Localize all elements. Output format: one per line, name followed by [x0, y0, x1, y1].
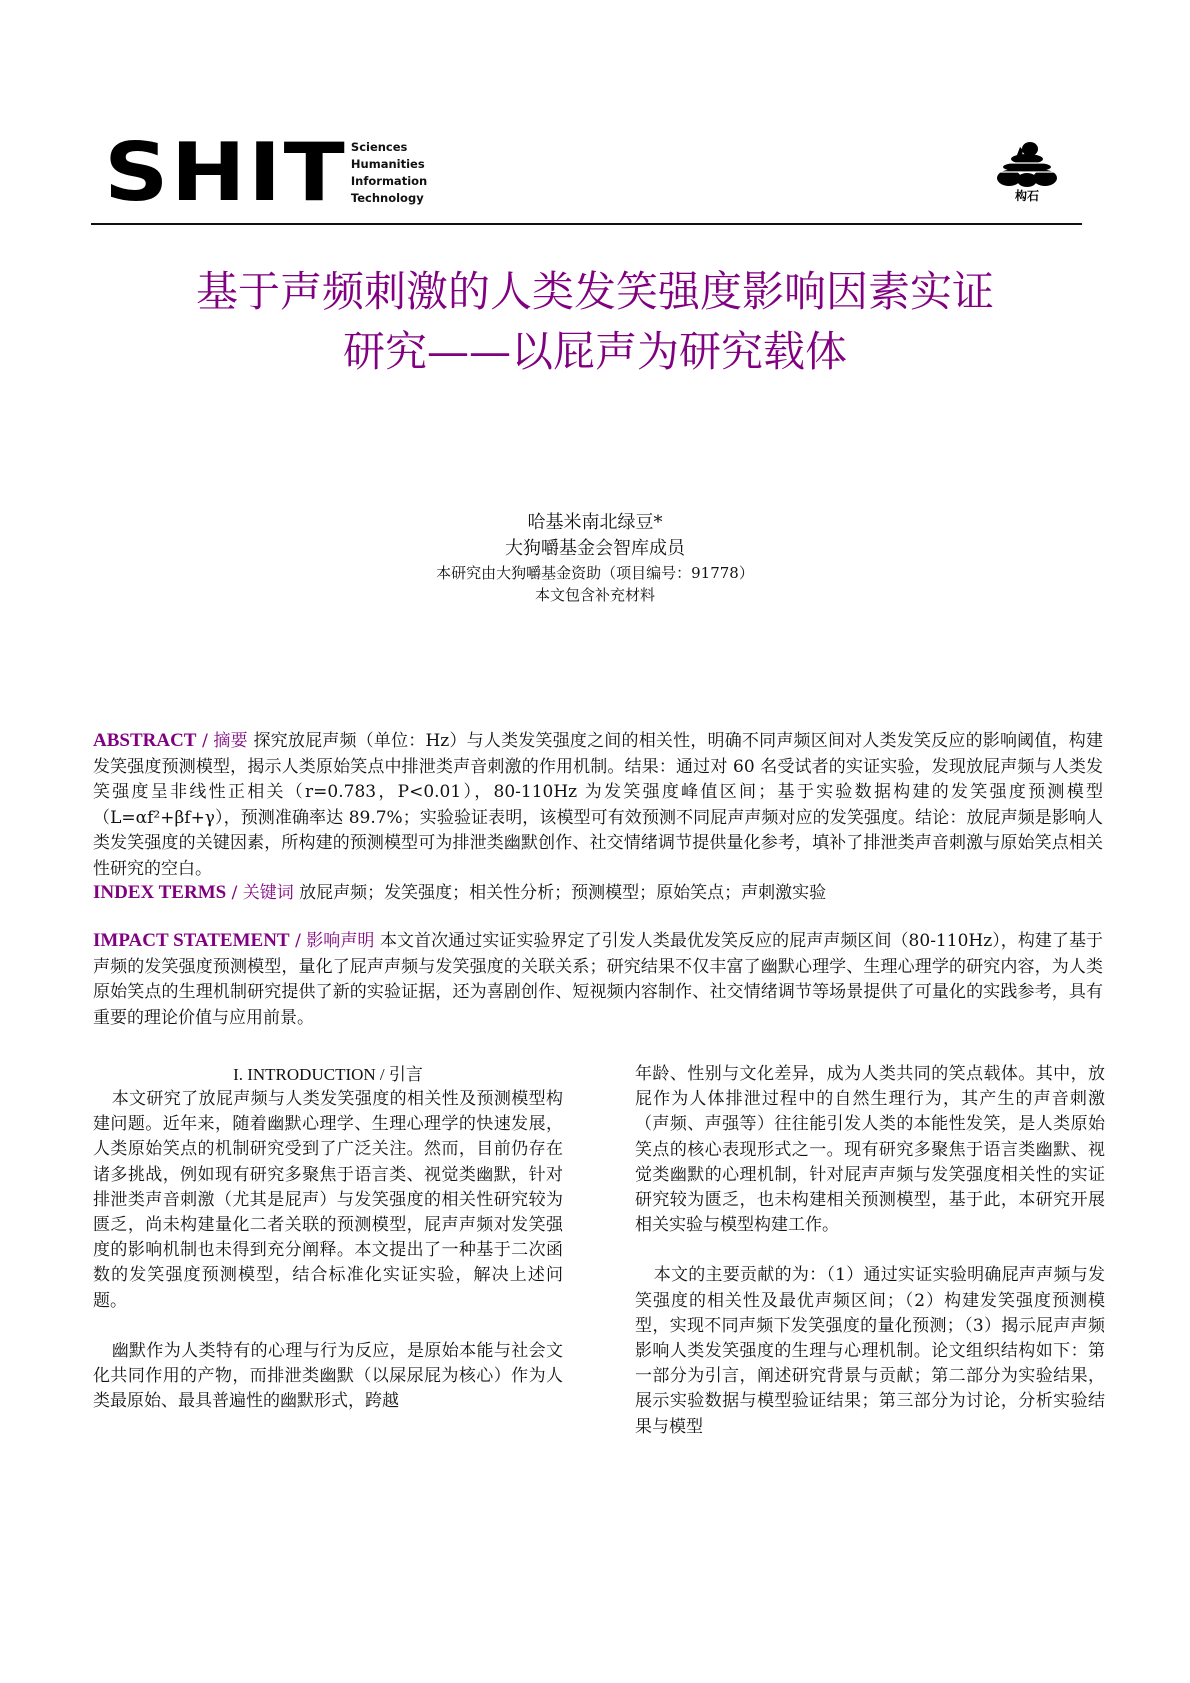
left-column: I. INTRODUCTION / 引言 本文研究了放屁声频与人类发笑强度的相关…: [93, 1062, 563, 1414]
logo-subtitle-line: Technology: [351, 190, 427, 207]
logo-subtitle-line: Humanities: [351, 156, 427, 173]
supplementary-note: 本文包含补充材料: [300, 584, 890, 606]
abstract: ABSTRACT / 摘要 探究放屁声频（单位：Hz）与人类发笑强度之间的相关性…: [93, 728, 1103, 882]
index-terms-label-zh: / 关键词: [232, 883, 294, 903]
abstract-label-zh: / 摘要: [202, 731, 248, 751]
body-paragraph-continued: 年龄、性别与文化差异，成为人类共同的笑点载体。其中，放屁作为人体排泄过程中的自然…: [635, 1062, 1105, 1238]
body-paragraph: 幽默作为人类特有的心理与行为反应，是原始本能与社会文化共同作用的产物，而排泄类幽…: [93, 1339, 563, 1415]
index-terms-label-en: INDEX TERMS: [93, 882, 226, 903]
body-paragraph: 本文研究了放屁声频与人类发笑强度的相关性及预测模型构建问题。近年来，随着幽默心理…: [93, 1087, 563, 1314]
impact-label-zh: / 影响声明: [295, 931, 374, 951]
paper-title-line: 研究——以屁声为研究载体: [100, 322, 1090, 382]
logo-subtitle-line: Sciences: [351, 139, 427, 156]
author-block: 哈基米南北绿豆* 大狗嚼基金会智库成员 本研究由大狗嚼基金资助（项目编号：917…: [300, 510, 890, 606]
paper-title: 基于声频刺激的人类发笑强度影响因素实证 研究——以屁声为研究载体: [100, 262, 1090, 382]
right-column: 年龄、性别与文化差异，成为人类共同的笑点载体。其中，放屁作为人体排泄过程中的自然…: [635, 1062, 1105, 1440]
journal-logo: SHIT Sciences Humanities Information Tec…: [104, 138, 427, 208]
publisher-logo: 构石: [992, 141, 1062, 204]
index-terms-text: 放屁声频；发笑强度；相关性分析；预测模型；原始笑点；声刺激实验: [299, 883, 826, 903]
logo-subtitle-line: Information: [351, 173, 427, 190]
publisher-name: 构石: [992, 187, 1062, 204]
index-terms: INDEX TERMS / 关键词 放屁声频；发笑强度；相关性分析；预测模型；原…: [93, 880, 1103, 907]
abstract-label-en: ABSTRACT: [93, 730, 196, 751]
section-heading-introduction: I. INTRODUCTION / 引言: [93, 1062, 563, 1087]
impact-label-en: IMPACT STATEMENT: [93, 930, 290, 951]
paragraph-spacer: [93, 1314, 563, 1339]
header-divider: [91, 223, 1082, 225]
paragraph-spacer: [635, 1238, 1105, 1263]
author-name: 哈基米南北绿豆*: [300, 510, 890, 536]
stacked-stones-icon: [995, 141, 1059, 187]
funding-note: 本研究由大狗嚼基金资助（项目编号：91778）: [300, 562, 890, 584]
journal-logo-subtitle: Sciences Humanities Information Technolo…: [351, 139, 427, 207]
paper-title-line: 基于声频刺激的人类发笑强度影响因素实证: [100, 262, 1090, 322]
abstract-text: 探究放屁声频（单位：Hz）与人类发笑强度之间的相关性，明确不同声频区间对人类发笑…: [93, 731, 1103, 879]
journal-logo-mark: SHIT: [104, 138, 347, 208]
author-affiliation: 大狗嚼基金会智库成员: [300, 536, 890, 562]
impact-statement: IMPACT STATEMENT / 影响声明 本文首次通过实证实验界定了引发人…: [93, 928, 1103, 1031]
body-paragraph: 本文的主要贡献的为：（1）通过实证实验明确屁声声频与发笑强度的相关性及最优声频区…: [635, 1263, 1105, 1439]
